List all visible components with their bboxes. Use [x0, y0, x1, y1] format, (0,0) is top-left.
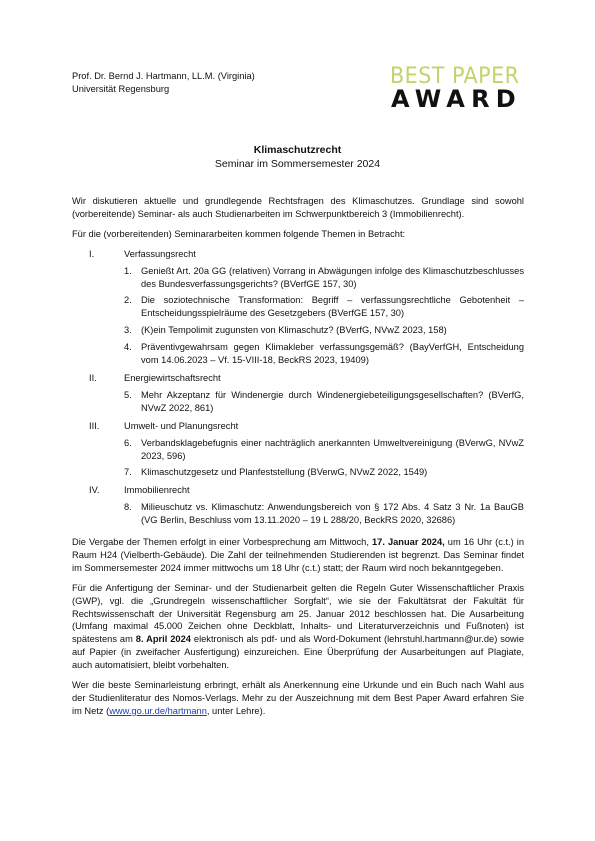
topic-number: 7.	[124, 466, 132, 479]
document-body: Wir diskutieren aktuelle und grundlegend…	[72, 195, 524, 725]
topic-section: I.Verfassungsrecht1.Genießt Art. 20a GG …	[72, 248, 524, 367]
section-number: IV.	[89, 484, 100, 497]
topic-text: Präventivgewahrsam gegen Klimakleber ver…	[141, 342, 524, 365]
logo-line-best-paper: BEST PAPER	[390, 65, 520, 87]
section-title: Umwelt- und Planungsrecht	[124, 420, 524, 433]
topic-text: Die soziotechnische Transformation: Begr…	[141, 295, 524, 318]
deadline-date: 8. April 2024	[136, 634, 191, 644]
topic-section: II.Energiewirtschaftsrecht5.Mehr Akzepta…	[72, 372, 524, 415]
topics-intro: Für die (vorbereitenden) Seminararbeiten…	[72, 228, 524, 241]
vergabe-text: Die Vergabe der Themen erfolgt in einer …	[72, 537, 372, 547]
topic-item: 2.Die soziotechnische Transformation: Be…	[124, 294, 524, 320]
topic-number: 5.	[124, 389, 132, 402]
topic-item: 7.Klimaschutzgesetz und Planfeststellung…	[124, 466, 524, 479]
section-number: III.	[89, 420, 99, 433]
document-title-block: Klimaschutzrecht Seminar im Sommersemest…	[0, 143, 595, 172]
website-link[interactable]: www.go.ur.de/hartmann	[109, 706, 207, 716]
anfertigung-paragraph: Für die Anfertigung der Seminar- und der…	[72, 582, 524, 672]
author-name: Prof. Dr. Bernd J. Hartmann, LL.M. (Virg…	[72, 70, 255, 83]
topic-number: 2.	[124, 294, 132, 307]
topic-text: Milieuschutz vs. Klimaschutz: Anwendungs…	[141, 502, 524, 525]
topic-text: (K)ein Tempolimit zugunsten von Klimasch…	[141, 325, 447, 335]
best-paper-award-logo: BEST PAPER AWARD	[390, 65, 531, 111]
topic-item: 5.Mehr Akzeptanz für Windenergie durch W…	[124, 389, 524, 415]
award-paragraph: Wer die beste Seminarleistung erbringt, …	[72, 679, 524, 718]
document-subtitle: Seminar im Sommersemester 2024	[0, 157, 595, 172]
topic-item: 8.Milieuschutz vs. Klimaschutz: Anwendun…	[124, 501, 524, 527]
topic-text: Klimaschutzgesetz und Planfeststellung (…	[141, 467, 427, 477]
topic-number: 1.	[124, 265, 132, 278]
section-number: II.	[89, 372, 97, 385]
topic-item: 4.Präventivgewahrsam gegen Klimakleber v…	[124, 341, 524, 367]
author-university: Universität Regensburg	[72, 83, 255, 96]
section-title: Immobilienrecht	[124, 484, 524, 497]
topic-sections: I.Verfassungsrecht1.Genießt Art. 20a GG …	[72, 248, 524, 527]
section-number: I.	[89, 248, 94, 261]
topic-number: 4.	[124, 341, 132, 354]
section-title: Verfassungsrecht	[124, 248, 524, 261]
topic-number: 6.	[124, 437, 132, 450]
topic-item: 1.Genießt Art. 20a GG (relativen) Vorran…	[124, 265, 524, 291]
topic-text: Genießt Art. 20a GG (relativen) Vorrang …	[141, 266, 524, 289]
award-text-end: , unter Lehre).	[207, 706, 265, 716]
topic-text: Mehr Akzeptanz für Windenergie durch Win…	[141, 390, 524, 413]
vergabe-paragraph: Die Vergabe der Themen erfolgt in einer …	[72, 536, 524, 575]
topic-item: 6.Verbandsklagebefugnis einer nachträgli…	[124, 437, 524, 463]
document-title: Klimaschutzrecht	[0, 143, 595, 157]
intro-paragraph: Wir diskutieren aktuelle und grundlegend…	[72, 195, 524, 221]
topic-section: IV.Immobilienrecht8.Milieuschutz vs. Kli…	[72, 484, 524, 527]
topic-section: III.Umwelt- und Planungsrecht6.Verbandsk…	[72, 420, 524, 480]
section-title: Energiewirtschaftsrecht	[124, 372, 524, 385]
topic-number: 8.	[124, 501, 132, 514]
logo-line-award: AWARD	[391, 87, 531, 111]
vergabe-date: 17. Januar 2024,	[372, 537, 445, 547]
topic-text: Verbandsklagebefugnis einer nachträglich…	[141, 438, 524, 461]
topic-item: 3.(K)ein Tempolimit zugunsten von Klimas…	[124, 324, 524, 337]
author-block: Prof. Dr. Bernd J. Hartmann, LL.M. (Virg…	[72, 70, 255, 96]
topic-number: 3.	[124, 324, 132, 337]
